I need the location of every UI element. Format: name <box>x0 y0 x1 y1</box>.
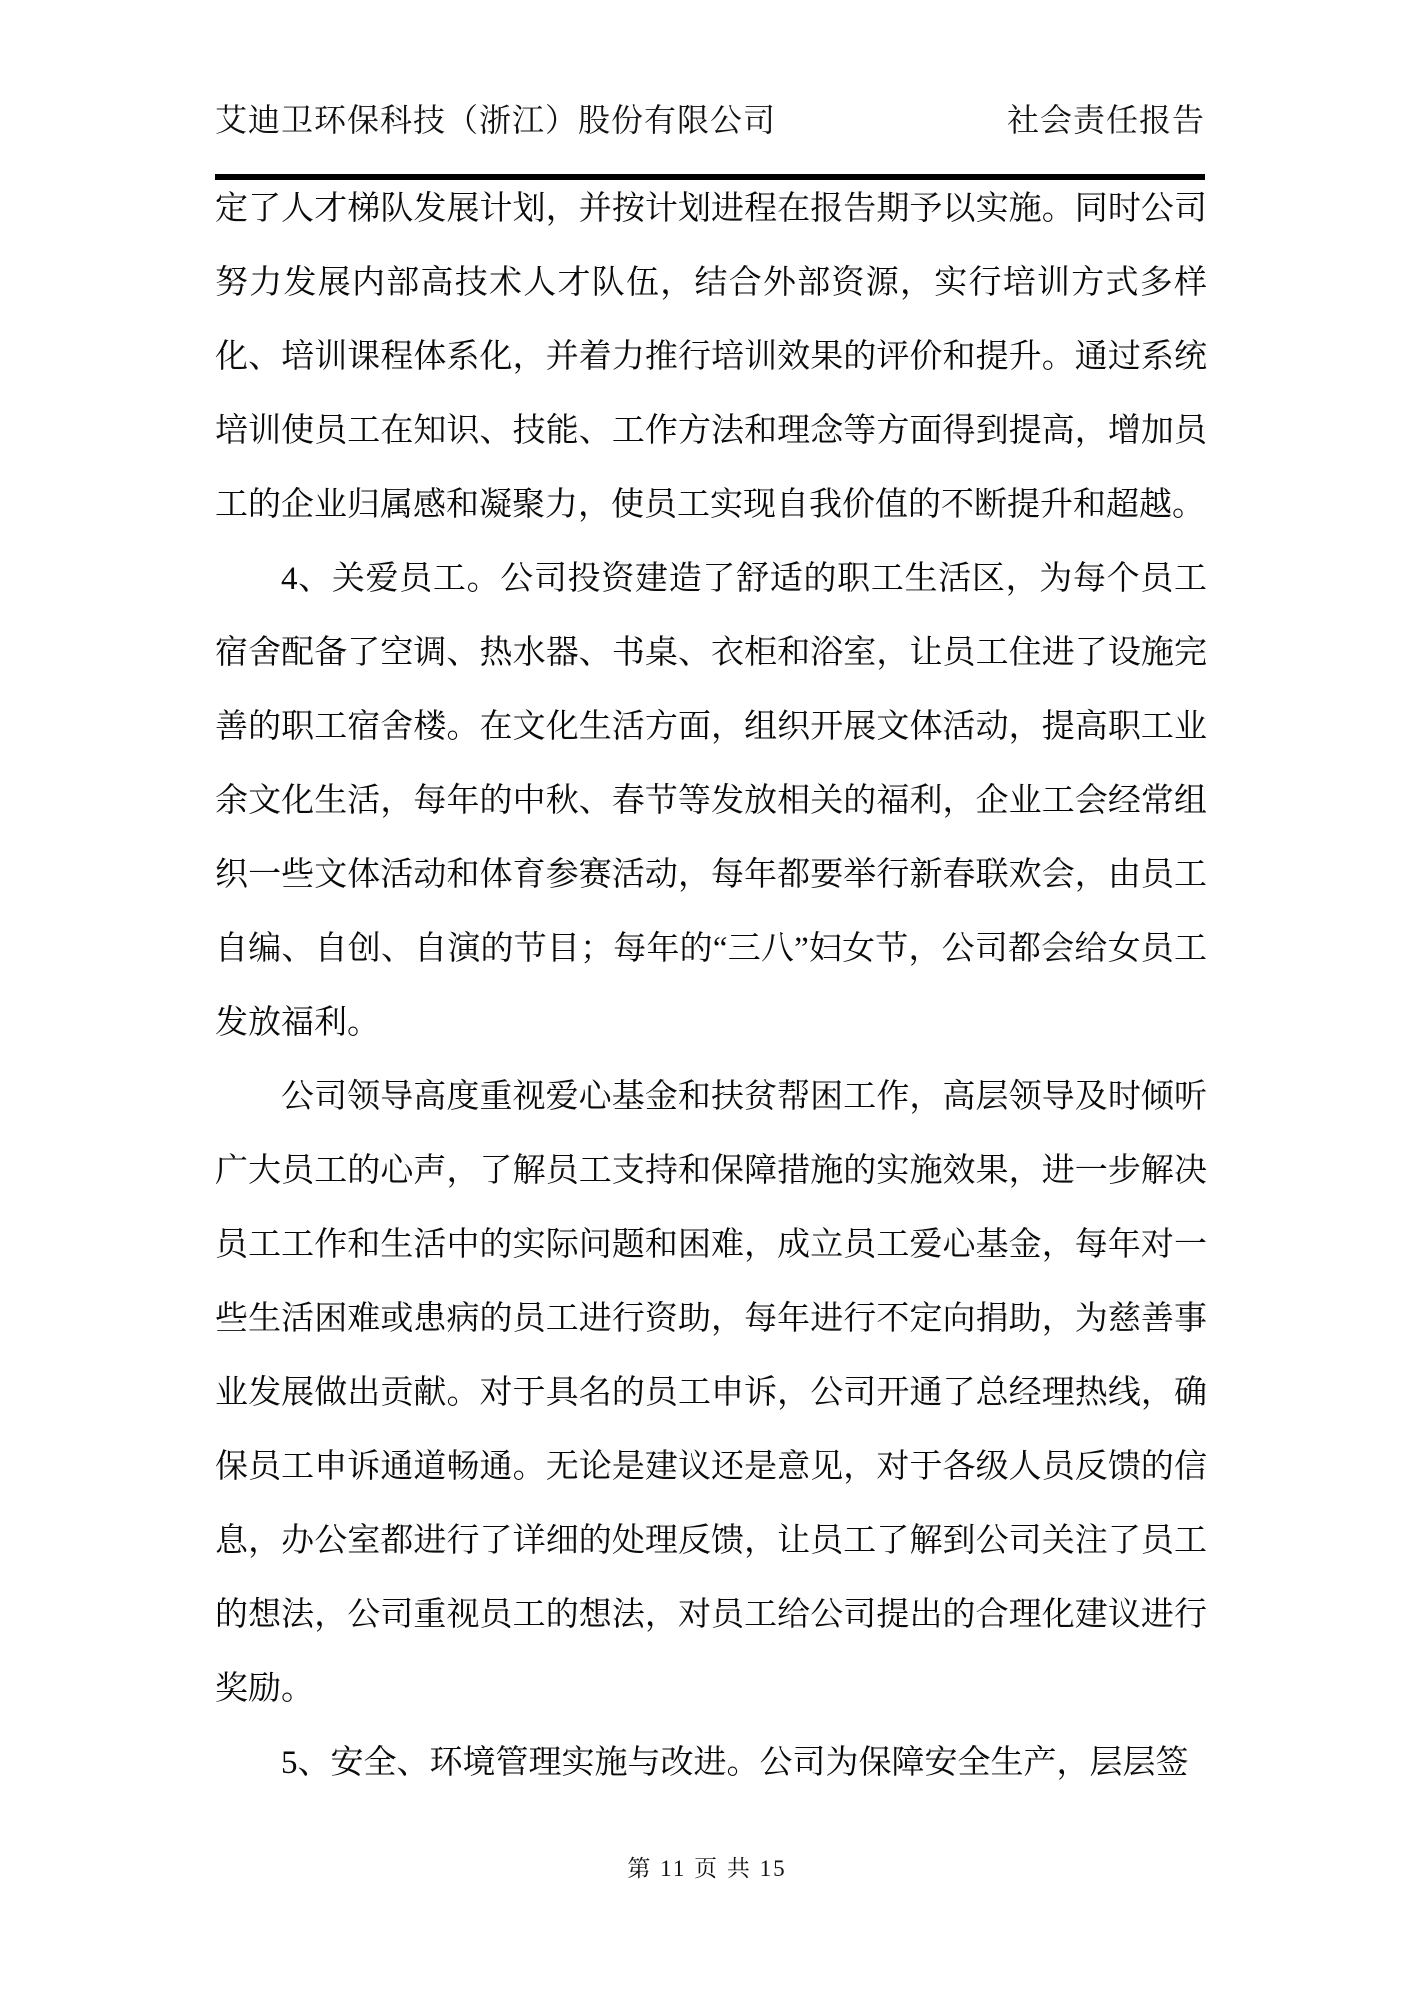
body-paragraph: 公司领导高度重视爱心基金和扶贫帮困工作，高层领导及时倾听广大员工的心声，了解员工… <box>215 1060 1207 1726</box>
header-doc-title: 社会责任报告 <box>1007 100 1205 140</box>
document-body: 定了人才梯队发展计划，并按计划进程在报告期予以实施。同时公司努力发展内部高技术人… <box>215 172 1207 1800</box>
page-number: 第 11 页 共 15 <box>627 1856 786 1881</box>
header-company: 艾迪卫环保科技（浙江）股份有限公司 <box>215 100 776 140</box>
header-row: 艾迪卫环保科技（浙江）股份有限公司 社会责任报告 <box>215 100 1205 140</box>
body-paragraph: 4、关爱员工。公司投资建造了舒适的职工生活区，为每个员工宿舍配备了空调、热水器、… <box>215 542 1207 1060</box>
document-page: 艾迪卫环保科技（浙江）股份有限公司 社会责任报告 定了人才梯队发展计划，并按计划… <box>0 0 1414 2000</box>
page-footer: 第 11 页 共 15 <box>0 1850 1414 1883</box>
body-paragraph: 5、安全、环境管理实施与改进。公司为保障安全生产，层层签 <box>215 1726 1207 1800</box>
page-header: 艾迪卫环保科技（浙江）股份有限公司 社会责任报告 <box>215 100 1205 180</box>
body-paragraph: 定了人才梯队发展计划，并按计划进程在报告期予以实施。同时公司努力发展内部高技术人… <box>215 172 1207 542</box>
